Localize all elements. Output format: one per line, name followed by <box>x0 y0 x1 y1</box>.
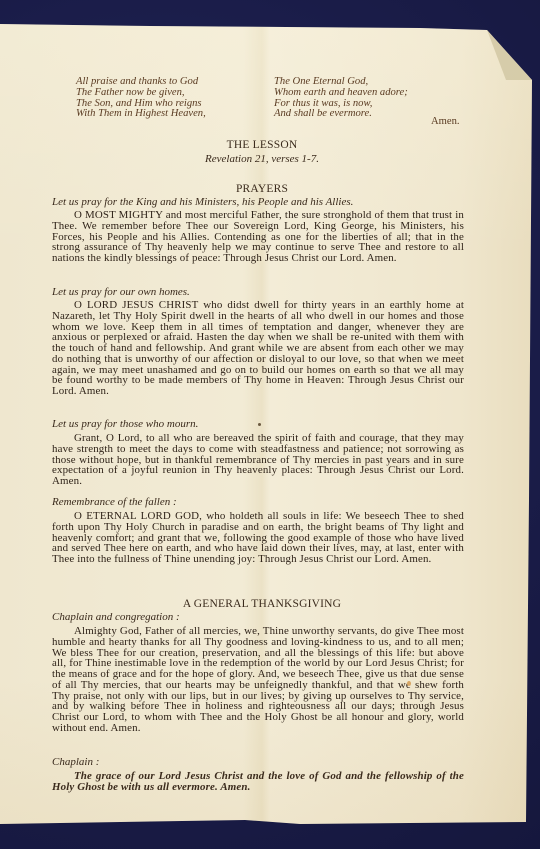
prayer-intro-king: Let us pray for the King and his Ministe… <box>52 196 353 208</box>
prayers-heading: PRAYERS <box>52 183 472 195</box>
prayer-homes: O LORD JESUS CHRIST who didst dwell for … <box>52 300 464 397</box>
hymn-line: With Them in Highest Heaven, <box>76 109 206 120</box>
hymn-verse-right: The One Eternal God, Whom earth and heav… <box>274 77 408 120</box>
hymn-line: The Father now be given, <box>76 88 206 99</box>
prayer-mourn: Grant, O Lord, to all who are bereaved t… <box>52 433 464 487</box>
lesson-heading: THE LESSON <box>52 139 472 151</box>
stain-mark <box>407 681 411 686</box>
prayer-king: O MOST MIGHTY and most merciful Father, … <box>52 210 464 264</box>
thanksgiving-intro: Chaplain and congregation : <box>52 611 180 623</box>
prayer-intro-fallen: Remembrance of the fallen : <box>52 496 177 508</box>
hymn-line: And shall be evermore. <box>274 109 408 120</box>
benediction-text: The grace of our Lord Jesus Christ and t… <box>52 771 464 793</box>
ink-speck <box>258 423 261 426</box>
thanksgiving-text: Almighty God, Father of all mercies, we,… <box>52 626 464 734</box>
prayer-intro-mourn: Let us pray for those who mourn. <box>52 418 198 430</box>
benediction-intro: Chaplain : <box>52 756 99 768</box>
hymn-verse-left: All praise and thanks to God The Father … <box>76 77 206 120</box>
hymn-line: Whom earth and heaven adore; <box>274 88 408 99</box>
thanksgiving-heading: A GENERAL THANKSGIVING <box>52 598 472 610</box>
prayer-fallen: O ETERNAL LORD GOD, who holdeth all soul… <box>52 511 464 565</box>
lesson-reference: Revelation 21, verses 1-7. <box>52 153 472 165</box>
prayer-intro-homes: Let us pray for our own homes. <box>52 286 190 298</box>
hymn-amen: Amen. <box>431 117 460 128</box>
